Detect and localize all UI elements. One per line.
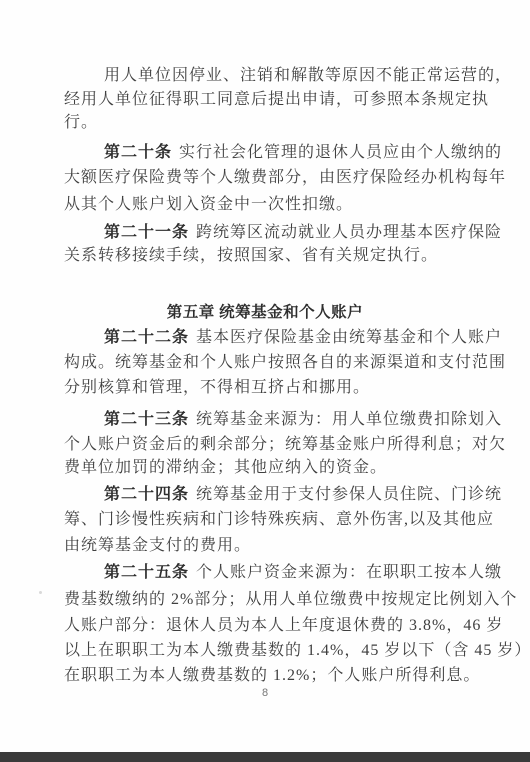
line-text: 个人账户资金来源为：在职职工按本人缴	[196, 564, 502, 581]
article-number: 第二十二条	[104, 329, 189, 346]
chapter-heading: 第五章 统筹基金和个人账户	[0, 303, 530, 323]
line-text: 费单位加罚的滞纳金；其他应纳入的资金。	[64, 459, 387, 476]
line-text: 以上在职职工为本人缴费基数的 1.4%，45 岁以下（含 45 岁）	[64, 642, 530, 659]
text-line: 第二十条实行社会化管理的退休人员应由个人缴纳的	[104, 143, 502, 163]
text-line: 由统筹基金支付的费用。	[64, 536, 251, 556]
text-line: 以上在职职工为本人缴费基数的 1.4%，45 岁以下（含 45 岁）	[64, 641, 530, 661]
line-text: 统筹基金用于支付参保人员住院、门诊统	[196, 486, 502, 503]
document-page: 用人单位因停业、注销和解散等原因不能正常运营的， 经用人单位征得职工同意后提出申…	[0, 0, 530, 762]
article-number: 第二十一条	[104, 224, 189, 241]
line-text: 实行社会化管理的退休人员应由个人缴纳的	[179, 144, 502, 161]
text-line: 个人账户资金后的剩余部分；统筹基金账户所得利息；对欠	[64, 435, 506, 455]
text-line: 大额医疗保险费等个人缴费部分，由医疗保险经办机构每年	[64, 168, 506, 188]
article-number: 第二十三条	[104, 411, 189, 428]
line-text: 费基数缴纳的 2%部分；从用人单位缴费中按规定比例划入个	[64, 591, 517, 608]
line-text: 统筹基金来源为：用人单位缴费扣除划入	[196, 411, 502, 428]
article-number: 第二十五条	[104, 564, 189, 581]
text-line: 分别核算和管理，不得相互挤占和挪用。	[64, 378, 370, 398]
text-line: 费基数缴纳的 2%部分；从用人单位缴费中按规定比例划入个	[64, 590, 517, 610]
line-text: 用人单位因停业、注销和解散等原因不能正常运营的，	[104, 67, 512, 84]
text-line: 人账户部分：退休人员为本人上年度退休费的 3.8%，46 岁	[64, 616, 503, 636]
line-text: 个人账户资金后的剩余部分；统筹基金账户所得利息；对欠	[64, 436, 506, 453]
text-line: 第二十二条基本医疗保险基金由统筹基金和个人账户	[104, 328, 502, 348]
line-text: 基本医疗保险基金由统筹基金和个人账户	[196, 329, 502, 346]
line-text: 行。	[64, 114, 98, 131]
line-text: 构成。统筹基金和个人账户按照各自的来源渠道和支付范围	[64, 354, 506, 371]
text-line: 关系转移接续手续，按照国家、省有关规定执行。	[64, 246, 438, 266]
line-text: 在职职工为本人缴费基数的 1.2%；个人账户所得利息。	[64, 667, 480, 684]
text-line: 经用人单位征得职工同意后提出申请，可参照本条规定执	[64, 90, 489, 110]
page-number: 8	[0, 687, 530, 699]
line-text: 跨统筹区流动就业人员办理基本医疗保险	[196, 224, 502, 241]
scan-edge-bar	[0, 752, 530, 762]
line-text: 分别核算和管理，不得相互挤占和挪用。	[64, 379, 370, 396]
text-line: 费单位加罚的滞纳金；其他应纳入的资金。	[64, 458, 387, 478]
text-line: 第二十五条个人账户资金来源为：在职职工按本人缴	[104, 563, 502, 583]
scan-speck	[39, 591, 42, 594]
line-text: 从其个人账户划入资金中一次性扣缴。	[64, 196, 353, 213]
article-number: 第二十条	[104, 144, 172, 161]
text-line: 筹、门诊慢性疾病和门诊特殊疾病、意外伤害,以及其他应	[64, 510, 494, 530]
line-text: 大额医疗保险费等个人缴费部分，由医疗保险经办机构每年	[64, 169, 506, 186]
text-line: 构成。统筹基金和个人账户按照各自的来源渠道和支付范围	[64, 353, 506, 373]
text-line: 在职职工为本人缴费基数的 1.2%；个人账户所得利息。	[64, 666, 480, 686]
line-text: 关系转移接续手续，按照国家、省有关规定执行。	[64, 247, 438, 264]
text-line: 行。	[64, 113, 98, 133]
article-number: 第二十四条	[104, 486, 189, 503]
text-line: 第二十三条统筹基金来源为：用人单位缴费扣除划入	[104, 410, 502, 430]
text-line: 用人单位因停业、注销和解散等原因不能正常运营的，	[104, 66, 512, 86]
text-line: 从其个人账户划入资金中一次性扣缴。	[64, 195, 353, 215]
line-text: 经用人单位征得职工同意后提出申请，可参照本条规定执	[64, 91, 489, 108]
text-line: 第二十四条统筹基金用于支付参保人员住院、门诊统	[104, 485, 502, 505]
line-text: 筹、门诊慢性疾病和门诊特殊疾病、意外伤害,以及其他应	[64, 511, 494, 528]
line-text: 由统筹基金支付的费用。	[64, 537, 251, 554]
line-text: 人账户部分：退休人员为本人上年度退休费的 3.8%，46 岁	[64, 617, 503, 634]
text-line: 第二十一条跨统筹区流动就业人员办理基本医疗保险	[104, 223, 502, 243]
